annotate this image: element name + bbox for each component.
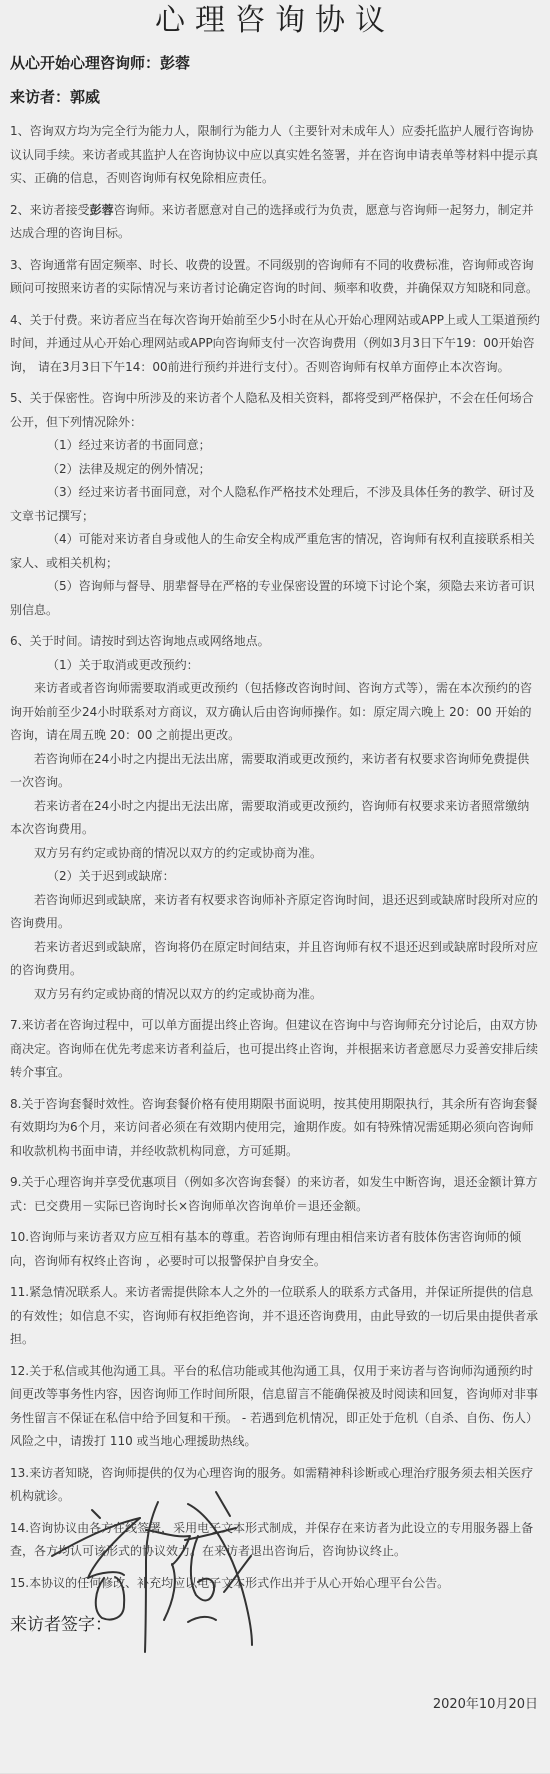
subsection-title: （1）关于取消或更改预约： (10, 654, 540, 678)
clause-text: 10.咨询师与来访者双方应互相有基本的尊重。若咨询师有理由相信来访者有肢体伤害咨… (10, 1226, 540, 1273)
confidentiality-exception: （3）经过来访者书面同意，对个人隐私作严格技术处理后，不涉及具体任务的教学、研讨… (10, 481, 540, 528)
signature-date: 2020年10月20日 (433, 1693, 538, 1712)
clause-8: 8.关于咨询套餐时效性。咨询套餐价格有使用期限书面说明，按其使用期限执行，其余所… (10, 1093, 540, 1164)
counselor-line: 从心开始心理咨询师：彭蓉 (10, 52, 540, 74)
subsection-paragraph: 若来访者迟到或缺席，咨询将仍在原定时间结束，并且咨询师有权不退还迟到或缺席时段所… (10, 936, 540, 983)
subsection-paragraph: 若咨询师在24小时之内提出无法出席，需要取消或更改预约，来访者有权要求咨询师免费… (10, 748, 540, 795)
clause-6: 6、关于时间。请按时到达咨询地点或网络地点。 （1）关于取消或更改预约： 来访者… (10, 630, 540, 1006)
clause-10: 10.咨询师与来访者双方应互相有基本的尊重。若咨询师有理由相信来访者有肢体伤害咨… (10, 1226, 540, 1273)
clause-1: 1、咨询双方均为完全行为能力人，限制行为能力人（主要针对未成年人）应委托监护人履… (10, 120, 540, 191)
subsection-paragraph: 若咨询师迟到或缺席，来访者有权要求咨询师补齐原定咨询时间，退还迟到或缺席时段所对… (10, 889, 540, 936)
clause-12: 12.关于私信或其他沟通工具。平台的私信功能或其他沟通工具，仅用于来访者与咨询师… (10, 1360, 540, 1454)
clause-text: 2、来访者接受彭蓉咨询师。来访者愿意对自己的选择或行为负责，愿意与咨询师一起努力… (10, 199, 540, 246)
clause-7: 7.来访者在咨询过程中，可以单方面提出终止咨询。但建议在咨询中与咨询师充分讨论后… (10, 1014, 540, 1085)
subsection-title: （2）关于迟到或缺席： (10, 865, 540, 889)
subsection-paragraph: 双方另有约定或协商的情况以双方的约定或协商为准。 (10, 842, 540, 866)
visitor-line: 来访者：郭威 (10, 86, 540, 108)
clause-text-pre: 2、来访者接受 (10, 203, 90, 217)
clause-4: 4、关于付费。来访者应当在每次咨询开始前至少5小时在从心开始心理网站或APP上或… (10, 309, 540, 380)
subsection-paragraph: 若来访者在24小时之内提出无法出席，需要取消或更改预约，咨询师有权要求来访者照常… (10, 795, 540, 842)
confidentiality-exception: （2）法律及规定的例外情况； (10, 458, 540, 482)
clause-text: 3、咨询通常有固定频率、时长、收费的设置。不同级别的咨询师有不同的收费标准，咨询… (10, 254, 540, 301)
confidentiality-exception: （5）咨询师与督导、朋辈督导在严格的专业保密设置的环境下讨论个案，须隐去来访者可… (10, 575, 540, 622)
clause-text: 4、关于付费。来访者应当在每次咨询开始前至少5小时在从心开始心理网站或APP上或… (10, 309, 540, 380)
subsection-paragraph: 来访者或者咨询师需要取消或更改预约（包括修改咨询时间、咨询方式等），需在本次预约… (10, 677, 540, 748)
clause-text: 8.关于咨询套餐时效性。咨询套餐价格有使用期限书面说明，按其使用期限执行，其余所… (10, 1093, 540, 1164)
clause-intro: 5、关于保密性。咨询中所涉及的来访者个人隐私及相关资料，都将受到严格保护，不会在… (10, 387, 540, 434)
clause-11: 11.紧急情况联系人。来访者需提供除本人之外的一位联系人的联系方式备用，并保证所… (10, 1281, 540, 1352)
clause-intro: 6、关于时间。请按时到达咨询地点或网络地点。 (10, 630, 540, 654)
clauses-list: 1、咨询双方均为完全行为能力人，限制行为能力人（主要针对未成年人）应委托监护人履… (10, 120, 540, 1595)
document-title: 心理咨询协议 (10, 0, 540, 40)
agreement-document: 心理咨询协议 从心开始心理咨询师：彭蓉 来访者：郭威 1、咨询双方均为完全行为能… (0, 0, 550, 1639)
clause-3: 3、咨询通常有固定频率、时长、收费的设置。不同级别的咨询师有不同的收费标准，咨询… (10, 254, 540, 301)
clause-text: 11.紧急情况联系人。来访者需提供除本人之外的一位联系人的联系方式备用，并保证所… (10, 1281, 540, 1352)
confidentiality-exception: （4）可能对来访者自身或他人的生命安全构成严重危害的情况，咨询师有权利直接联系相… (10, 528, 540, 575)
clause-text: 9.关于心理咨询并享受优惠项目（例如多次咨询套餐）的来访者，如发生中断咨询，退还… (10, 1171, 540, 1218)
clause-2: 2、来访者接受彭蓉咨询师。来访者愿意对自己的选择或行为负责，愿意与咨询师一起努力… (10, 199, 540, 246)
clause-text: 1、咨询双方均为完全行为能力人，限制行为能力人（主要针对未成年人）应委托监护人履… (10, 120, 540, 191)
clause-9: 9.关于心理咨询并享受优惠项目（例如多次咨询套餐）的来访者，如发生中断咨询，退还… (10, 1171, 540, 1218)
clause-5: 5、关于保密性。咨询中所涉及的来访者个人隐私及相关资料，都将受到严格保护，不会在… (10, 387, 540, 622)
counselor-name-bold: 彭蓉 (90, 203, 114, 217)
handwritten-signature (0, 1480, 550, 1680)
clause-text: 12.关于私信或其他沟通工具。平台的私信功能或其他沟通工具，仅用于来访者与咨询师… (10, 1360, 540, 1454)
clause-text: 7.来访者在咨询过程中，可以单方面提出终止咨询。但建议在咨询中与咨询师充分讨论后… (10, 1014, 540, 1085)
subsection-paragraph: 双方另有约定或协商的情况以双方的约定或协商为准。 (10, 983, 540, 1007)
confidentiality-exception: （1）经过来访者的书面同意； (10, 434, 540, 458)
